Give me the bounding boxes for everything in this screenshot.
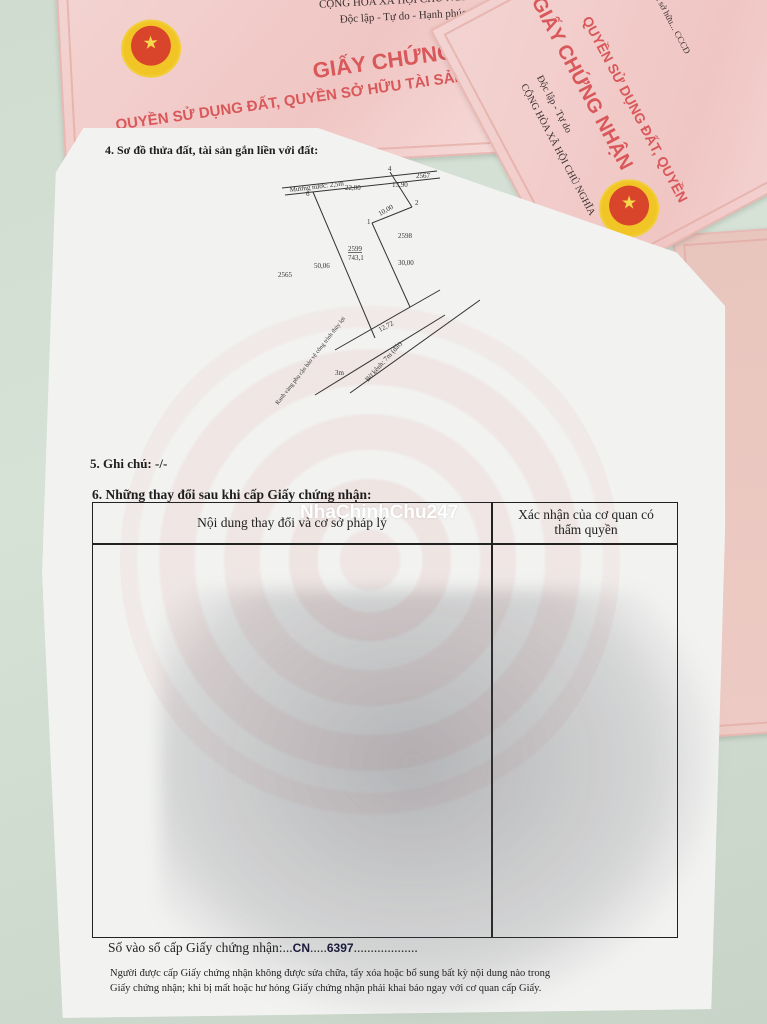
- vertex-4: 4: [388, 165, 392, 173]
- parcel-number: 2599: [348, 245, 363, 253]
- neighbor-2565: 2565: [278, 271, 293, 279]
- footer-note-line1: Người được cấp Giấy chứng nhận không đượ…: [110, 966, 550, 981]
- cover-right-side-text: sử dụng đất, chủ sở hữu... CCCD: [628, 0, 693, 55]
- header-row-divider: [93, 543, 677, 545]
- registry-number: 6397: [327, 941, 354, 955]
- vertex-2: 2: [415, 199, 419, 207]
- neighbor-2598: 2598: [398, 232, 413, 240]
- edge-10: 10,00: [377, 203, 395, 218]
- corridor-label: Ranh vàng phụ cận bảo vệ công trình thủy…: [275, 316, 347, 406]
- watermark: NhaChinhChu247: [300, 502, 458, 524]
- edge-30: 30,00: [398, 259, 414, 267]
- section6-heading: 6. Những thay đổi sau khi cấp Giấy chứng…: [92, 487, 372, 503]
- edge-22: 22,00: [345, 184, 361, 192]
- registry-prefix: CN: [293, 941, 310, 955]
- registry-number-line: Số vào sổ cấp Giấy chứng nhận:...CN.....…: [108, 940, 418, 956]
- neighbor-2567: 2567: [416, 172, 431, 180]
- vertex-6: 6: [306, 190, 310, 198]
- registry-dots-trailing: ...................: [354, 940, 418, 955]
- section5-heading: 5. Ghi chú: -/-: [90, 456, 167, 472]
- footer-note-line2: Giấy chứng nhận; khi bị mất hoặc hư hỏng…: [110, 981, 550, 996]
- cover-subtitle: QUYỀN SỬ DỤNG ĐẤT, QUYỀN SỞ HỮU TÀI SẢN: [115, 68, 467, 134]
- column-header-confirmation: Xác nhận của cơ quan có thẩm quyền: [493, 503, 679, 543]
- parcel-area: 743,1: [348, 254, 364, 262]
- footer-note: Người được cấp Giấy chứng nhận không đượ…: [110, 966, 550, 996]
- edge-50: 50,06: [314, 262, 330, 270]
- plot-diagram: Mương nước: 2,5m 22,00 13,90 10,00 30,00…: [240, 150, 480, 410]
- registry-dots: .....: [310, 940, 327, 955]
- national-emblem-icon: ★: [120, 18, 183, 79]
- national-emblem-icon-right: ★: [599, 179, 659, 237]
- corridor-width: 3m: [335, 369, 345, 377]
- registry-label: Số vào sổ cấp Giấy chứng nhận:...: [108, 940, 293, 955]
- edge-13: 13,90: [392, 181, 408, 189]
- edge-12: 12,72: [377, 319, 395, 334]
- vertex-1: 1: [367, 218, 371, 226]
